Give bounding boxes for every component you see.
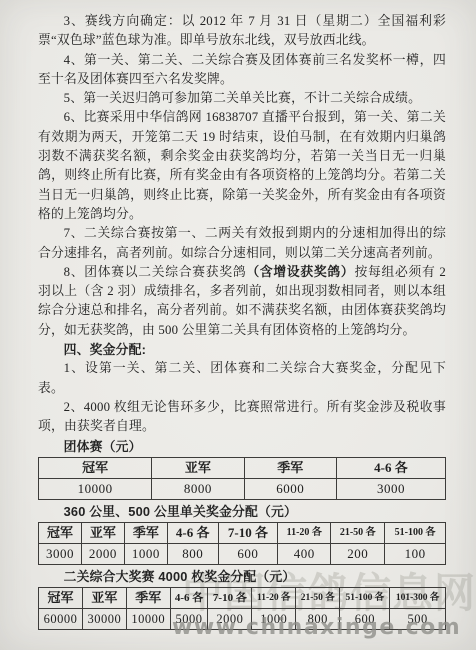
paragraph-item-4: 4、第一关、第二关、二关综合赛及团体赛前三名发奖杯一樽，四至十名及团体赛四至六名… — [38, 51, 446, 90]
table-header-cell: 51-100 各 — [340, 588, 390, 609]
team-race-table-caption: 团体赛（元） — [38, 437, 446, 456]
table-value-cell: 60000 — [39, 609, 83, 630]
single-race-prize-table: 冠军 亚军 季军 4-6 各 7-10 各 11-20 各 21-50 各 51… — [38, 522, 446, 565]
table-header-cell: 亚军 — [81, 523, 124, 544]
table-header-cell: 21-50 各 — [296, 588, 340, 609]
table-header-cell: 7-10 各 — [208, 588, 252, 609]
table-header-cell: 亚军 — [152, 457, 244, 478]
table-value-cell: 3000 — [39, 544, 82, 565]
table-header-cell: 冠军 — [39, 523, 82, 544]
table-value-cell: 10000 — [39, 478, 152, 499]
table-value-cell: 200 — [331, 544, 385, 565]
table-header-cell: 51-100 各 — [385, 523, 446, 544]
table-header-cell: 4-6 各 — [167, 523, 218, 544]
combined-race-table-caption: 二关综合大奖赛 4000 枚奖金分配（元） — [38, 567, 446, 586]
table-value-cell: 8000 — [152, 478, 244, 499]
document-body: 3、赛线方向确定：以 2012 年 7 月 31 日（星期二）全国福利彩票“双色… — [38, 12, 446, 632]
section-heading-prize-distribution: 四、奖金分配: — [38, 340, 446, 359]
paragraph-item-5: 5、第一关迟归鸽可参加第二关单关比赛，不计二关综合成绩。 — [38, 89, 446, 108]
item8-bold-note: （含增设获奖鸽） — [246, 265, 354, 279]
site-watermark-url: www.chinaxinge.com — [172, 615, 461, 640]
table-header-cell: 冠军 — [39, 457, 152, 478]
table-header-cell: 亚军 — [82, 588, 126, 609]
table-header-cell: 4-6 各 — [336, 457, 445, 478]
table-header-cell: 季军 — [124, 523, 167, 544]
table-value-cell: 800 — [167, 544, 218, 565]
section4-item-1: 1、设第一关、第二关、团体赛和二关综合大赛奖金，分配见下表。 — [38, 359, 446, 398]
table-value-cell: 600 — [218, 544, 278, 565]
table-header-cell: 21-50 各 — [331, 523, 385, 544]
table-value-cell: 400 — [278, 544, 331, 565]
table-value-cell: 100 — [385, 544, 446, 565]
table-value-cell: 3000 — [336, 478, 445, 499]
table-header-cell: 季军 — [244, 457, 336, 478]
table-value-cell: 30000 — [82, 609, 126, 630]
table-header-cell: 11-20 各 — [252, 588, 296, 609]
table-value-cell: 1000 — [124, 544, 167, 565]
table-header-cell: 季军 — [126, 588, 170, 609]
table-value-row: 10000 8000 6000 3000 — [39, 478, 446, 499]
table-header-cell: 4-6 各 — [170, 588, 208, 609]
table-header-cell: 冠军 — [39, 588, 83, 609]
single-race-table-caption: 360 公里、500 公里单关奖金分配（元） — [38, 502, 446, 521]
table-header-row: 冠军 亚军 季军 4-6 各 — [39, 457, 446, 478]
scanned-document-page: 中国信鸽信息网 www.chinaxinge.com 3、赛线方向确定：以 20… — [0, 0, 476, 650]
paragraph-item-7: 7、二关综合赛按第一、二两关有效报到期内的分速相加得出的综合分速排名，高者列前。… — [38, 224, 446, 263]
table-header-row: 冠军 亚军 季军 4-6 各 7-10 各 11-20 各 21-50 各 51… — [39, 523, 446, 544]
table-value-cell: 2000 — [81, 544, 124, 565]
item8-text-before: 8、团体赛以二关综合赛获奖鸽 — [64, 265, 247, 279]
team-race-prize-table: 冠军 亚军 季军 4-6 各 10000 8000 6000 3000 — [38, 457, 446, 500]
table-value-cell: 10000 — [126, 609, 170, 630]
table-value-cell: 6000 — [244, 478, 336, 499]
table-header-cell: 7-10 各 — [218, 523, 278, 544]
section4-item-2: 2、4000 枚组无论售环多少，比赛照常进行。所有奖金涉及税收事项，由获奖者自理… — [38, 398, 446, 437]
table-value-row: 3000 2000 1000 800 600 400 200 100 — [39, 544, 446, 565]
paragraph-item-3: 3、赛线方向确定：以 2012 年 7 月 31 日（星期二）全国福利彩票“双色… — [38, 12, 446, 51]
table-header-row: 冠军 亚军 季军 4-6 各 7-10 各 11-20 各 21-50 各 51… — [39, 588, 446, 609]
paragraph-item-8: 8、团体赛以二关综合赛获奖鸽（含增设获奖鸽）按每组必须有 2 羽以上（含 2 羽… — [38, 263, 446, 340]
paragraph-item-6: 6、比赛采用中华信鸽网 16838707 直播平台报到，第一关、第二关有效期为两… — [38, 108, 446, 224]
table-header-cell: 101-300 各 — [390, 588, 446, 609]
table-header-cell: 11-20 各 — [278, 523, 331, 544]
